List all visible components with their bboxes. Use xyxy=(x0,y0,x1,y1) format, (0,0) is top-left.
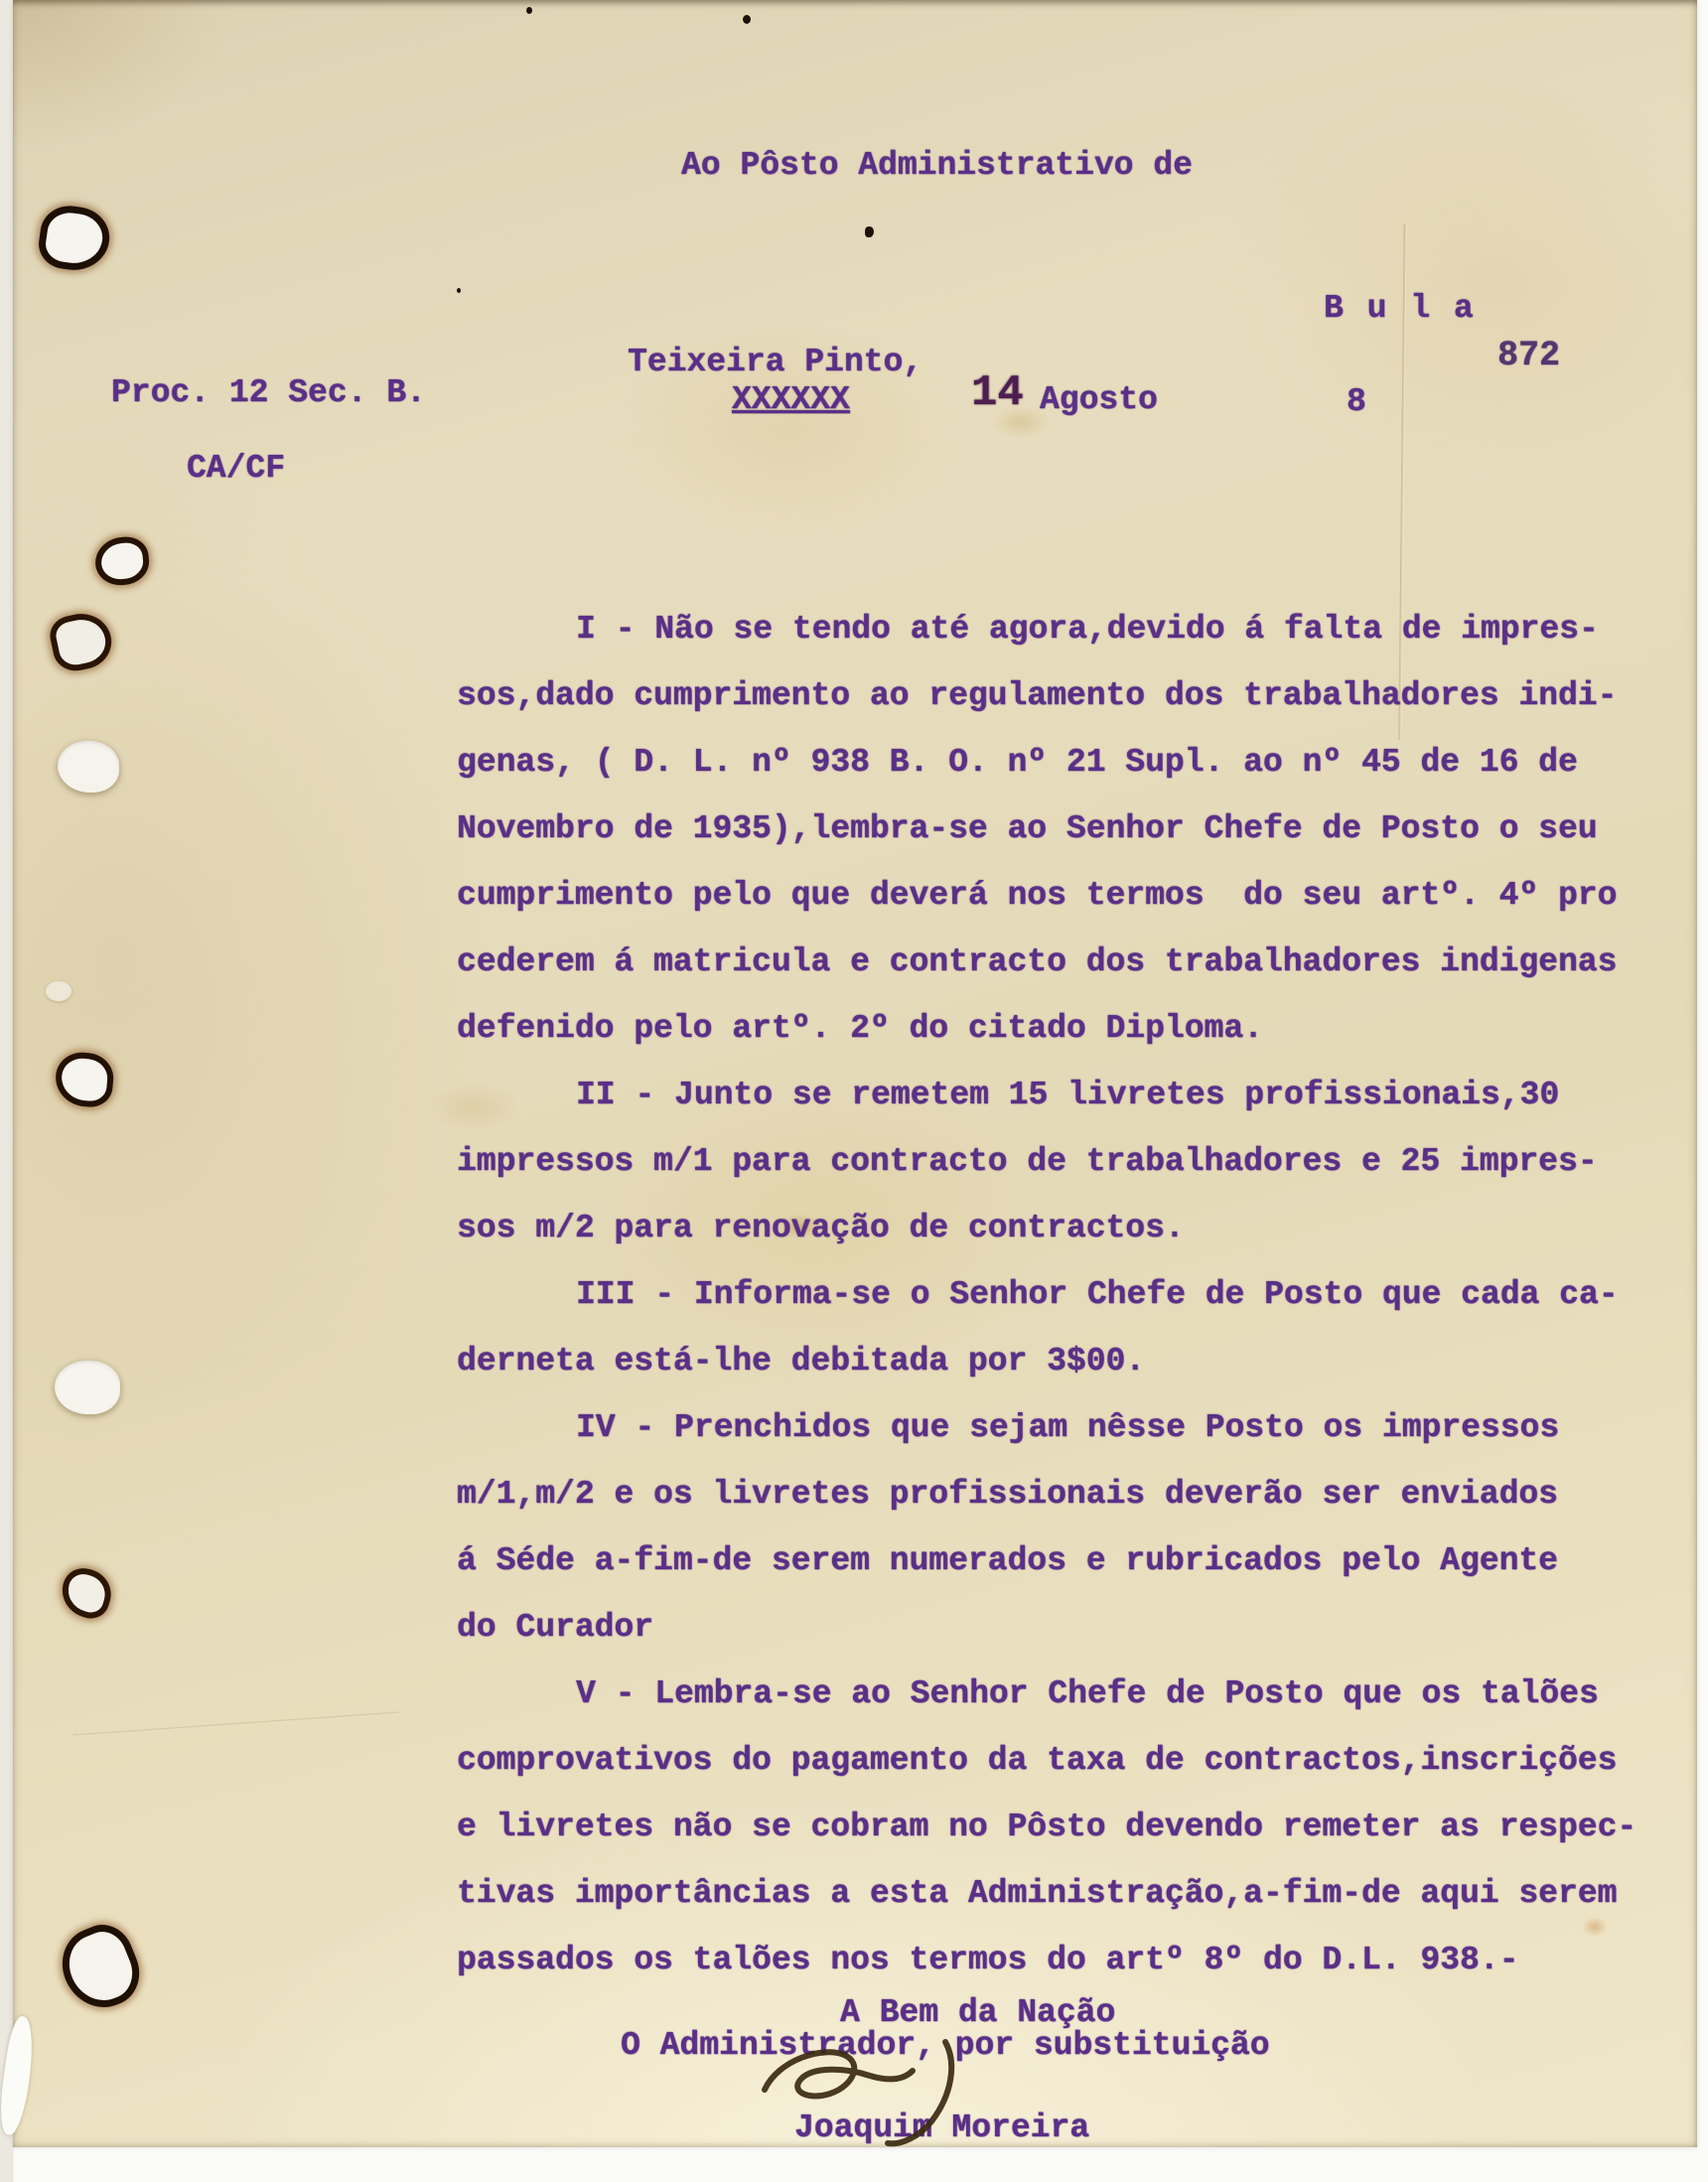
typed-line: sos,dado cumprimento ao regulamento dos … xyxy=(457,679,1617,712)
date-month: Agosto xyxy=(1040,383,1158,416)
punch-hole xyxy=(46,981,71,1001)
typed-line: passados os talões nos termos do artº 8º… xyxy=(457,1944,1518,1976)
typed-line: derneta está-lhe debitada por 3$00. xyxy=(457,1345,1145,1378)
typed-line: tivas importâncias a esta Administração,… xyxy=(457,1877,1617,1910)
document-number: 872 xyxy=(1497,339,1560,373)
typed-line: genas, ( D. L. nº 938 B. O. nº 21 Supl. … xyxy=(457,746,1578,779)
typed-line: e livretes não se cobram no Pôsto devend… xyxy=(457,1811,1637,1843)
punch-hole xyxy=(58,741,119,793)
typed-line: III - Informa-se o Senhor Chefe de Posto… xyxy=(576,1278,1619,1311)
scanned-letter-page: { "document": { "header": { "addressee_l… xyxy=(0,0,1708,2182)
typed-line: cederem á matricula e contracto dos trab… xyxy=(457,946,1617,978)
ink-speck xyxy=(743,15,751,24)
paper-crease xyxy=(72,1711,399,1736)
typed-line: impressos m/1 para contracto de trabalha… xyxy=(457,1145,1598,1178)
typed-line: V - Lembra-se ao Senhor Chefe de Posto q… xyxy=(576,1677,1599,1710)
typed-line: defenido pelo artº. 2º do citado Diploma… xyxy=(457,1012,1263,1045)
ink-speck xyxy=(865,226,874,237)
location-name: B u l a xyxy=(1324,292,1476,325)
typed-line: do Curador xyxy=(457,1611,653,1644)
ink-speck xyxy=(526,7,532,14)
typed-line: m/1,m/2 e os livretes profissionais deve… xyxy=(457,1478,1558,1511)
typist-initials: CA/CF xyxy=(187,452,285,485)
crossed-out-text: XXXXXX xyxy=(732,383,850,416)
ink-speck xyxy=(457,288,461,293)
typed-line: IV - Prenchidos que sejam nêsse Posto os… xyxy=(576,1411,1559,1444)
process-reference: Proc. 12 Sec. B. xyxy=(111,376,426,409)
typed-line: sos m/2 para renovação de contractos. xyxy=(457,1212,1185,1244)
typed-line: á Séde a-fim-de serem numerados e rubric… xyxy=(457,1544,1558,1577)
typed-line: I - Não se tendo até agora,devido á falt… xyxy=(576,613,1599,646)
stain xyxy=(1582,1917,1608,1937)
date-day: 14 xyxy=(971,371,1024,415)
typed-line: II - Junto se remetem 15 livretes profis… xyxy=(576,1079,1559,1111)
typed-line: cumprimento pelo que deverá nos termos d… xyxy=(457,879,1617,912)
typed-line: Novembro de 1935),lembra-se ao Senhor Ch… xyxy=(457,812,1598,845)
handwritten-signature xyxy=(751,2038,1009,2147)
sender-place: Teixeira Pinto, xyxy=(628,346,923,378)
addressee-line: Ao Pôsto Administrativo de xyxy=(681,149,1193,182)
stain xyxy=(430,1083,519,1132)
closing-motto: A Bem da Nação xyxy=(840,1996,1115,2029)
date-year-digit: 8 xyxy=(1347,385,1366,418)
typed-line: comprovativos do pagamento da taxa de co… xyxy=(457,1744,1617,1777)
punch-hole xyxy=(55,1361,120,1414)
